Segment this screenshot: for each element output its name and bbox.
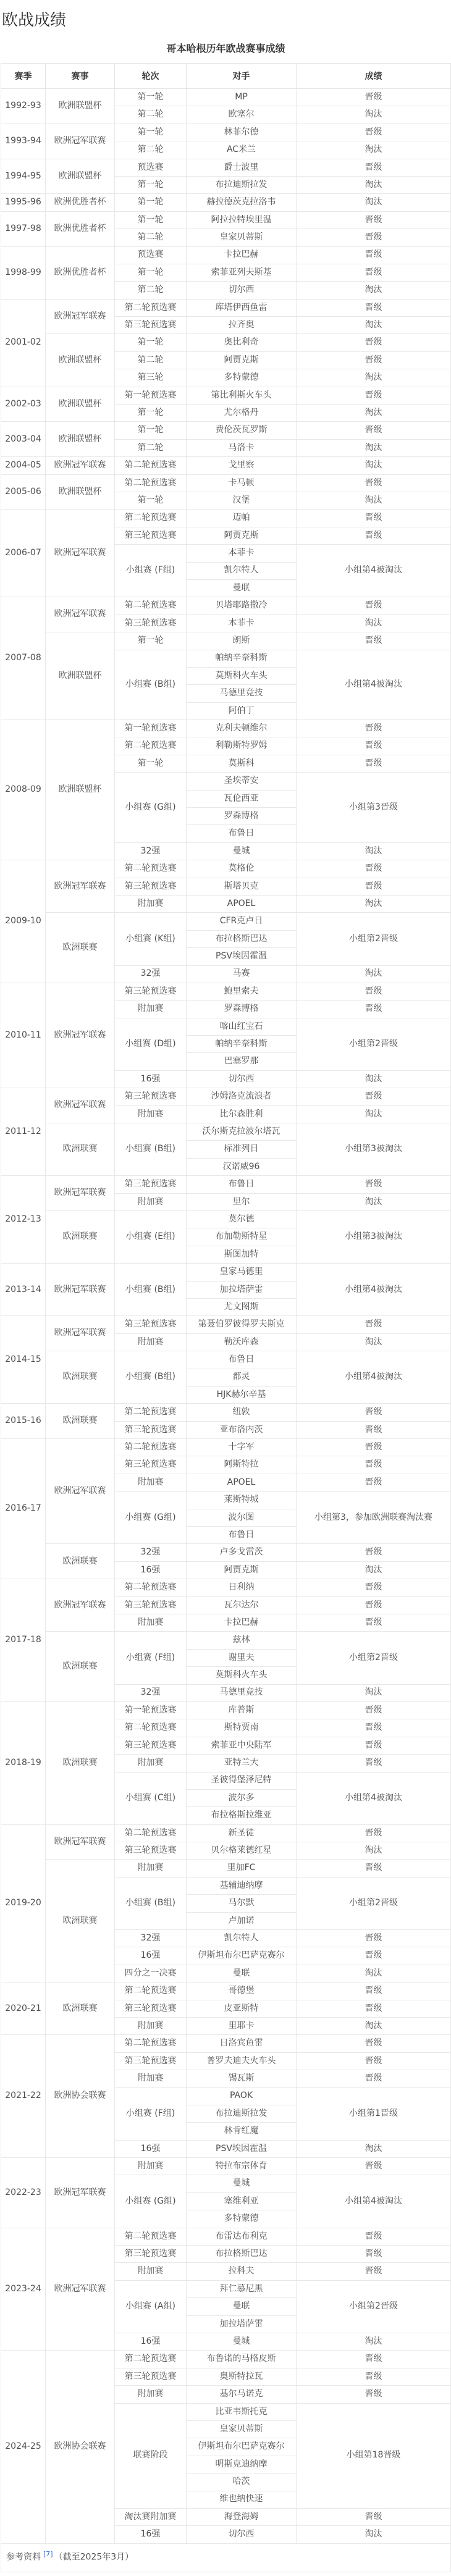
result-cell: 小组第2晋级: [297, 1877, 451, 1929]
table-row: 1995-96欧洲优胜者杯第一轮赫拉德茨克拉洛韦淘汰: [1, 194, 451, 211]
season-cell: 2005-06: [1, 474, 46, 510]
opponent-cell: 加拉塔萨雷: [187, 1281, 297, 1298]
round-cell: 第一轮: [115, 211, 187, 229]
season-cell: 2010-11: [1, 983, 46, 1088]
result-cell: 晋级: [297, 2035, 451, 2052]
opponent-cell: 亚特兰大: [187, 1755, 297, 1772]
result-cell: 淘汰: [297, 106, 451, 124]
round-cell: 淘汰赛附加赛: [115, 2508, 187, 2525]
season-cell: 2009-10: [1, 860, 46, 983]
result-cell: 淘汰: [297, 1193, 451, 1210]
round-cell: 第三轮预选赛: [115, 317, 187, 334]
table-row: 欧洲联赛小组赛 (B组)沃尔斯克拉波尔塔瓦小组第3被淘汰: [1, 1123, 451, 1141]
opponent-cell: 日利纳: [187, 1579, 297, 1596]
opponent-cell: 布拉迪斯拉发: [187, 2105, 297, 2122]
opponent-cell: 基尔马诺克: [187, 2386, 297, 2403]
table-row: 2002-03欧洲联盟杯第一轮预选赛第比利斯火车头晋级: [1, 387, 451, 404]
competition-cell: 欧洲联盟杯: [46, 334, 115, 387]
round-cell: 第一轮: [115, 755, 187, 772]
opponent-cell: 索菲亚中央陆军: [187, 1737, 297, 1754]
competition-cell: 欧洲联赛: [46, 1701, 115, 1824]
table-row: 2015-16欧洲联赛第二轮预选赛纽敦晋级: [1, 1404, 451, 1421]
result-cell: 晋级: [297, 387, 451, 404]
competition-cell: 欧洲冠军联赛: [46, 2228, 115, 2351]
opponent-cell: 瓦伦西亚: [187, 790, 297, 807]
result-cell: 晋级: [297, 1088, 451, 1105]
competition-cell: 欧洲联赛: [46, 913, 115, 983]
opponent-cell: 圣埃蒂安: [187, 773, 297, 790]
competition-cell: 欧洲联盟杯: [46, 720, 115, 860]
opponent-cell: 迈帕: [187, 510, 297, 527]
opponent-cell: 莱斯特城: [187, 1491, 297, 1509]
round-cell: 附加赛: [115, 1001, 187, 1018]
round-cell: 32强: [115, 1930, 187, 1947]
opponent-cell: 朗斯: [187, 632, 297, 650]
round-cell: 第二轮预选赛: [115, 1579, 187, 1596]
footer-text-prefix: 参考资料: [6, 2552, 41, 2562]
season-cell: 2019-20: [1, 1824, 46, 1982]
table-header: 赛季 赛事 轮次 对手 成绩: [1, 64, 451, 89]
round-cell: 附加赛: [115, 1755, 187, 1772]
season-cell: 1997-98: [1, 211, 46, 246]
season-cell: 2011-12: [1, 1088, 46, 1176]
table-row: 欧洲联盟杯第一轮奥比利奇晋级: [1, 334, 451, 351]
opponent-cell: 贝塔耶路撒冷: [187, 597, 297, 615]
opponent-cell: 贝尔格莱德红星: [187, 1842, 297, 1860]
opponent-cell: 汉堡: [187, 492, 297, 509]
round-cell: 第三轮预选赛: [115, 1456, 187, 1474]
result-cell: 晋级: [297, 159, 451, 176]
round-cell: 第二轮预选赛: [115, 1404, 187, 1421]
opponent-cell: AC米兰: [187, 141, 297, 159]
result-cell: 淘汰: [297, 492, 451, 509]
result-cell: 晋级: [297, 2351, 451, 2368]
result-cell: 晋级: [297, 527, 451, 544]
opponent-cell: 卡拉巴赫: [187, 1614, 297, 1631]
round-cell: 第三轮预选赛: [115, 2052, 187, 2070]
result-cell: 淘汰: [297, 405, 451, 422]
opponent-cell: 布拉迪斯拉发: [187, 176, 297, 193]
round-cell: 16强: [115, 1561, 187, 1579]
competition-cell: 欧洲联赛: [46, 1351, 115, 1404]
opponent-cell: 林肯红魔: [187, 2123, 297, 2140]
opponent-cell: 汉诺威96: [187, 1158, 297, 1175]
result-cell: 小组第2晋级: [297, 1018, 451, 1070]
competition-cell: 欧洲冠军联赛: [46, 983, 115, 1088]
opponent-cell: 兹林: [187, 1632, 297, 1649]
season-cell: 2003-04: [1, 422, 46, 457]
round-cell: 第一轮: [115, 334, 187, 351]
opponent-cell: 哈茨: [187, 2473, 297, 2491]
opponent-cell: 库塔伊西鱼雷: [187, 299, 297, 316]
round-cell: 第一轮: [115, 194, 187, 211]
opponent-cell: 沃尔斯克拉波尔塔瓦: [187, 1123, 297, 1141]
opponent-cell: 林菲尔德: [187, 124, 297, 141]
opponent-cell: 阿贾克斯: [187, 351, 297, 369]
result-cell: 晋级: [297, 229, 451, 246]
result-cell: 晋级: [297, 2368, 451, 2385]
opponent-cell: 比亚韦斯托克: [187, 2403, 297, 2420]
col-header-result: 成绩: [297, 64, 451, 89]
competition-cell: 欧洲冠军联赛: [46, 860, 115, 913]
reference-link[interactable]: [7]: [43, 2550, 53, 2558]
opponent-cell: 马尔默: [187, 1895, 297, 1912]
table-row: 2019-20欧洲冠军联赛第二轮预选赛新圣徒晋级: [1, 1824, 451, 1842]
competition-cell: 欧洲联盟杯: [46, 474, 115, 510]
opponent-cell: APOEL: [187, 895, 297, 912]
result-cell: 淘汰: [297, 1561, 451, 1579]
result-cell: 晋级: [297, 1719, 451, 1737]
result-cell: 小组第2晋级: [297, 913, 451, 965]
competition-cell: 欧洲联赛: [46, 1632, 115, 1702]
opponent-cell: 特拉布宗体育: [187, 2158, 297, 2175]
season-cell: 2015-16: [1, 1404, 46, 1439]
result-cell: 淘汰: [297, 282, 451, 299]
result-cell: 淘汰: [297, 1070, 451, 1088]
round-cell: 第二轮预选赛: [115, 299, 187, 316]
result-cell: 淘汰: [297, 1333, 451, 1351]
opponent-cell: 斯图加特: [187, 1246, 297, 1263]
opponent-cell: 罗森博格: [187, 1001, 297, 1018]
opponent-cell: 布鲁诺的马格皮斯: [187, 2351, 297, 2368]
opponent-cell: 帕纳辛奈科斯: [187, 650, 297, 667]
opponent-cell: PSV埃因霍温: [187, 2140, 297, 2157]
opponent-cell: 新圣徒: [187, 1824, 297, 1842]
opponent-cell: 皮亚斯特: [187, 2000, 297, 2017]
round-cell: 第三轮预选赛: [115, 2246, 187, 2263]
result-cell: 小组第4被淘汰: [297, 1351, 451, 1404]
round-cell: 四分之一决赛: [115, 1965, 187, 1982]
round-cell: 第一轮: [115, 89, 187, 106]
opponent-cell: 莫斯科火车头: [187, 667, 297, 684]
opponent-cell: 纽敦: [187, 1404, 297, 1421]
opponent-cell: 沙姆洛克流浪者: [187, 1088, 297, 1105]
round-cell: 小组赛 (G组): [115, 1491, 187, 1544]
result-cell: 晋级: [297, 1001, 451, 1018]
result-cell: 晋级: [297, 597, 451, 615]
opponent-cell: 日洛宾鱼雷: [187, 2035, 297, 2052]
round-cell: 联赛阶段: [115, 2403, 187, 2508]
competition-cell: 欧洲联盟杯: [46, 632, 115, 720]
table-footer: 参考资料[7]（截至2025年3月）: [1, 2543, 451, 2572]
result-cell: 晋级: [297, 1860, 451, 1877]
result-cell: 晋级: [297, 2228, 451, 2245]
table-row: 2024-25欧洲协会联赛第二轮预选赛布鲁诺的马格皮斯晋级: [1, 2351, 451, 2368]
opponent-cell: 本菲卡: [187, 545, 297, 562]
result-cell: 晋级: [297, 2158, 451, 2175]
competition-cell: 欧洲联赛: [46, 1123, 115, 1176]
table-row: 欧洲联赛小组赛 (E组)莫尔德小组第3被淘汰: [1, 1211, 451, 1228]
opponent-cell: 斯特贾南: [187, 1719, 297, 1737]
header-row: 赛季 赛事 轮次 对手 成绩: [1, 64, 451, 89]
table-row: 1994-95欧洲联盟杯预选赛爵士波里晋级: [1, 159, 451, 176]
result-cell: 晋级: [297, 422, 451, 439]
opponent-cell: 本菲卡: [187, 615, 297, 632]
opponent-cell: 都灵: [187, 1369, 297, 1386]
result-cell: 小组第18晋级: [297, 2403, 451, 2508]
result-cell: 淘汰: [297, 317, 451, 334]
col-header-round: 轮次: [115, 64, 187, 89]
table-row: 2005-06欧洲联盟杯第二轮预选赛卡马顿晋级: [1, 474, 451, 492]
season-cell: 2004-05: [1, 457, 46, 474]
round-cell: 16强: [115, 2333, 187, 2351]
round-cell: 32强: [115, 965, 187, 983]
opponent-cell: 里尔: [187, 1193, 297, 1210]
competition-cell: 欧洲冠军联赛: [46, 1316, 115, 1351]
competition-cell: 欧洲优胜者杯: [46, 211, 115, 246]
opponent-cell: 切尔西: [187, 1070, 297, 1088]
opponent-cell: 多特蒙德: [187, 2210, 297, 2228]
opponent-cell: 布鲁日: [187, 1527, 297, 1544]
season-cell: 1995-96: [1, 194, 46, 211]
season-cell: 1992-93: [1, 89, 46, 124]
opponent-cell: 波尔图: [187, 1509, 297, 1526]
result-cell: 晋级: [297, 2052, 451, 2070]
table-row: 2022-23欧洲冠军联赛附加赛特拉布宗体育晋级: [1, 2158, 451, 2175]
table-row: 2004-05欧洲冠军联赛第二轮预选赛戈里察淘汰: [1, 457, 451, 474]
result-cell: 晋级: [297, 1947, 451, 1965]
result-cell: 小组第3被淘汰: [297, 1123, 451, 1176]
round-cell: 32强: [115, 1684, 187, 1701]
opponent-cell: 里加FC: [187, 1860, 297, 1877]
round-cell: 第一轮预选赛: [115, 1701, 187, 1719]
opponent-cell: 皇家马德里: [187, 1264, 297, 1281]
result-cell: 淘汰: [297, 457, 451, 474]
round-cell: 第一轮预选赛: [115, 720, 187, 737]
season-cell: 2021-22: [1, 2035, 46, 2158]
result-cell: 晋级: [297, 2386, 451, 2403]
round-cell: 第二轮预选赛: [115, 2351, 187, 2368]
opponent-cell: APOEL: [187, 1474, 297, 1491]
round-cell: 第一轮: [115, 405, 187, 422]
opponent-cell: 阿贾克斯: [187, 1561, 297, 1579]
competition-cell: 欧洲协会联赛: [46, 2351, 115, 2543]
round-cell: 小组赛 (E组): [115, 1211, 187, 1264]
result-cell: 晋级: [297, 1579, 451, 1596]
opponent-cell: 海登海姆: [187, 2508, 297, 2525]
table-row: 2016-17欧洲冠军联赛第二轮预选赛十字军晋级: [1, 1439, 451, 1456]
result-cell: 晋级: [297, 755, 451, 772]
result-cell: 晋级: [297, 211, 451, 229]
opponent-cell: 马洛卡: [187, 439, 297, 456]
round-cell: 预选赛: [115, 159, 187, 176]
opponent-cell: 马德里竞技: [187, 685, 297, 702]
result-cell: 小组第4被淘汰: [297, 545, 451, 597]
opponent-cell: 莫格伦: [187, 860, 297, 878]
result-cell: 晋级: [297, 632, 451, 650]
result-cell: 小组第3，参加欧洲联赛淘汰赛: [297, 1491, 451, 1544]
result-cell: 淘汰: [297, 615, 451, 632]
table-row: 2020-21欧洲联赛第二轮预选赛哥德堡晋级: [1, 1982, 451, 2000]
table-row: 2007-08欧洲冠军联赛第二轮预选赛贝塔耶路撒冷晋级: [1, 597, 451, 615]
result-cell: 小组第3被淘汰: [297, 1211, 451, 1264]
result-cell: 晋级: [297, 2263, 451, 2280]
result-cell: 晋级: [297, 860, 451, 878]
round-cell: 16强: [115, 2140, 187, 2157]
footer-text-suffix: （截至2025年3月）: [54, 2552, 134, 2562]
opponent-cell: 布加勒斯特星: [187, 1228, 297, 1246]
result-cell: 小组第4被淘汰: [297, 2175, 451, 2228]
opponent-cell: 比尔森胜利: [187, 1105, 297, 1123]
opponent-cell: 莫尔德: [187, 1211, 297, 1228]
result-cell: 淘汰: [297, 194, 451, 211]
opponent-cell: 第比利斯火车头: [187, 387, 297, 404]
round-cell: 第三轮预选赛: [115, 1176, 187, 1193]
result-cell: 晋级: [297, 124, 451, 141]
opponent-cell: 卢多戈雷茨: [187, 1544, 297, 1561]
opponent-cell: MP: [187, 89, 297, 106]
competition-cell: 欧洲联盟杯: [46, 422, 115, 457]
opponent-cell: 普罗夫迪夫火车头: [187, 2052, 297, 2070]
opponent-cell: 莫斯科: [187, 755, 297, 772]
round-cell: 第三轮预选赛: [115, 878, 187, 895]
result-cell: 淘汰: [297, 369, 451, 387]
result-cell: 晋级: [297, 983, 451, 1000]
opponent-cell: PSV埃因霍温: [187, 948, 297, 965]
col-header-season: 赛季: [1, 64, 46, 89]
round-cell: 附加赛: [115, 1333, 187, 1351]
round-cell: 第二轮: [115, 351, 187, 369]
competition-cell: 欧洲联盟杯: [46, 89, 115, 124]
result-cell: 淘汰: [297, 176, 451, 193]
opponent-cell: 爵士波里: [187, 159, 297, 176]
opponent-cell: 鲍里索夫: [187, 983, 297, 1000]
result-cell: 小组第3晋级: [297, 773, 451, 843]
opponent-cell: 卡马顿: [187, 474, 297, 492]
round-cell: 小组赛 (B组): [115, 1264, 187, 1316]
competition-cell: 欧洲联赛: [46, 1982, 115, 2035]
round-cell: 小组赛 (G组): [115, 773, 187, 843]
col-header-competition: 赛事: [46, 64, 115, 89]
table-row: 2014-15欧洲冠军联赛第三轮预选赛第聂伯罗彼得罗夫斯克晋级: [1, 1316, 451, 1333]
opponent-cell: 瓦尔达尔: [187, 1596, 297, 1614]
round-cell: 第一轮: [115, 632, 187, 650]
competition-cell: 欧洲优胜者杯: [46, 194, 115, 211]
result-cell: 淘汰: [297, 2526, 451, 2543]
opponent-cell: 曼联: [187, 579, 297, 597]
opponent-cell: 十字军: [187, 1439, 297, 1456]
season-cell: 1993-94: [1, 124, 46, 159]
table-row: 2012-13欧洲冠军联赛第三轮预选赛布鲁日晋级: [1, 1176, 451, 1193]
round-cell: 附加赛: [115, 1614, 187, 1631]
opponent-cell: 曼城: [187, 842, 297, 860]
result-cell: 晋级: [297, 89, 451, 106]
season-cell: 1994-95: [1, 159, 46, 194]
result-cell: 晋级: [297, 1474, 451, 1491]
table-row: 1993-94欧洲冠军联赛第一轮林菲尔德晋级: [1, 124, 451, 141]
competition-cell: 欧洲冠军联赛: [46, 1824, 115, 1860]
opponent-cell: 罗森博格: [187, 808, 297, 825]
table-row: 欧洲联盟杯第一轮朗斯晋级: [1, 632, 451, 650]
round-cell: 第二轮预选赛: [115, 860, 187, 878]
season-cell: 2017-18: [1, 1579, 46, 1702]
result-cell: 淘汰: [297, 2017, 451, 2034]
round-cell: 第三轮预选赛: [115, 1596, 187, 1614]
season-cell: 2018-19: [1, 1701, 46, 1824]
table-body: 1992-93欧洲联盟杯第一轮MP晋级第二轮欧塞尔淘汰1993-94欧洲冠军联赛…: [1, 89, 451, 2544]
opponent-cell: 拜仁慕尼黑: [187, 2280, 297, 2297]
opponent-cell: 第聂伯罗彼得罗夫斯克: [187, 1316, 297, 1333]
round-cell: 第二轮预选赛: [115, 1824, 187, 1842]
opponent-cell: 戈里察: [187, 457, 297, 474]
competition-cell: 欧洲冠军联赛: [46, 457, 115, 474]
opponent-cell: 锡瓦斯: [187, 2070, 297, 2087]
round-cell: 附加赛: [115, 1474, 187, 1491]
opponent-cell: 波尔多: [187, 1789, 297, 1806]
result-cell: 淘汰: [297, 439, 451, 456]
competition-cell: 欧洲优胜者杯: [46, 246, 115, 299]
opponent-cell: 哥德堡: [187, 1982, 297, 2000]
round-cell: 小组赛 (F组): [115, 1632, 187, 1684]
round-cell: 第三轮预选赛: [115, 1316, 187, 1333]
competition-cell: 欧洲联赛: [46, 1860, 115, 1982]
table-row: 1997-98欧洲优胜者杯第一轮阿拉拉特埃里温晋级: [1, 211, 451, 229]
round-cell: 第一轮: [115, 492, 187, 509]
result-cell: 淘汰: [297, 1842, 451, 1860]
result-cell: 晋级: [297, 1404, 451, 1421]
competition-cell: 欧洲联盟杯: [46, 159, 115, 194]
result-cell: 晋级: [297, 264, 451, 281]
result-cell: 晋级: [297, 720, 451, 737]
opponent-cell: 奥比利奇: [187, 334, 297, 351]
result-cell: 晋级: [297, 2246, 451, 2263]
opponent-cell: 基辅迪纳摩: [187, 1877, 297, 1894]
result-cell: 晋级: [297, 1737, 451, 1754]
round-cell: 小组赛 (B组): [115, 1351, 187, 1404]
result-cell: 晋级: [297, 2000, 451, 2017]
season-cell: 1998-99: [1, 246, 46, 299]
table-caption: 哥本哈根历年欧战赛事成绩: [1, 40, 451, 63]
opponent-cell: 布拉格斯巴达: [187, 930, 297, 947]
round-cell: 附加赛: [115, 1193, 187, 1210]
table-row: 2009-10欧洲冠军联赛第二轮预选赛莫格伦晋级: [1, 860, 451, 878]
season-cell: 2023-24: [1, 2228, 46, 2351]
opponent-cell: 布鲁日: [187, 1351, 297, 1369]
round-cell: 小组赛 (F组): [115, 2087, 187, 2140]
result-cell: 小组第4被淘汰: [297, 1772, 451, 1824]
competition-cell: 欧洲冠军联赛: [46, 1088, 115, 1123]
opponent-cell: 阿拉拉特埃里温: [187, 211, 297, 229]
round-cell: 第三轮预选赛: [115, 2368, 187, 2385]
round-cell: 第三轮预选赛: [115, 1737, 187, 1754]
season-cell: 2014-15: [1, 1316, 46, 1404]
result-cell: 晋级: [297, 299, 451, 316]
result-cell: 淘汰: [297, 2333, 451, 2351]
round-cell: 第二轮预选赛: [115, 2035, 187, 2052]
col-header-opponent: 对手: [187, 64, 297, 89]
opponent-cell: 明斯克迪纳摩: [187, 2456, 297, 2473]
opponent-cell: 尤文图斯: [187, 1298, 297, 1315]
competition-cell: 欧洲冠军联赛: [46, 1264, 115, 1316]
opponent-cell: 皇家贝蒂斯: [187, 229, 297, 246]
opponent-cell: 布鲁日: [187, 1176, 297, 1193]
round-cell: 第二轮预选赛: [115, 510, 187, 527]
round-cell: 第一轮: [115, 264, 187, 281]
opponent-cell: 谢里夫: [187, 1649, 297, 1666]
opponent-cell: 塞维利亚: [187, 2192, 297, 2210]
round-cell: 小组赛 (B组): [115, 1123, 187, 1176]
result-cell: 淘汰: [297, 895, 451, 912]
opponent-cell: HJK赫尔辛基: [187, 1386, 297, 1403]
round-cell: 第二轮预选赛: [115, 457, 187, 474]
table-row: 1998-99欧洲优胜者杯预选赛卡拉巴赫晋级: [1, 246, 451, 264]
round-cell: 小组赛 (F组): [115, 545, 187, 597]
table-row: 2006-07欧洲冠军联赛第二轮预选赛迈帕晋级: [1, 510, 451, 527]
result-cell: 淘汰: [297, 965, 451, 983]
table-row: 2023-24欧洲冠军联赛第二轮预选赛布雷达布利克晋级: [1, 2228, 451, 2245]
round-cell: 第三轮预选赛: [115, 527, 187, 544]
result-cell: 晋级: [297, 1596, 451, 1614]
